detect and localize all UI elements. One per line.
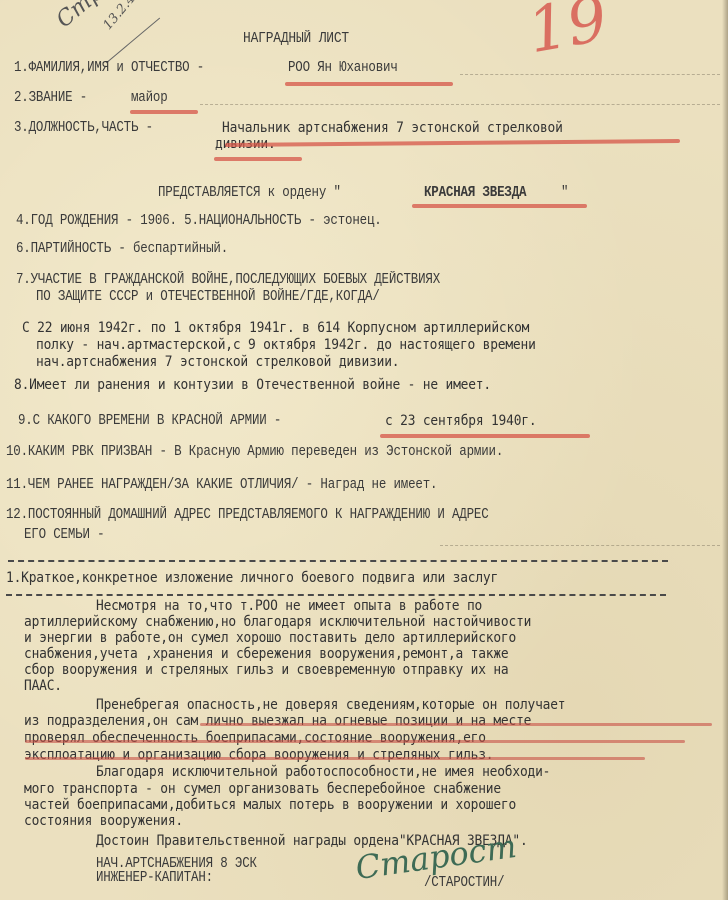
narrative-line: частей боеприпасами,добиться малых потер… [24,797,516,813]
form-dash-line [460,74,720,75]
page-edge [722,0,728,900]
narrative-line: снабжения,учета ,хранения и сбережения в… [24,646,509,662]
narrative-line: из подразделения,он сам лично выезжал на… [24,713,531,729]
field-address-1: 12.ПОСТОЯННЫЙ ДОМАШНИЙ АДРЕС ПРЕДСТАВЛЯЕ… [6,507,489,523]
field-participation-label-2: ПО ЗАЩИТЕ СССР и ОТЕЧЕСТВЕННОЙ ВОЙНЕ/ГДЕ… [36,289,380,305]
field-participation-value-2: полку - нач.артмастерской,с 9 октября 19… [36,337,536,353]
narrative-line: проверял обеспеченность боеприпасами,сос… [24,730,486,746]
field-army-since-label: 9.С КАКОГО ВРЕМЕНИ В КРАСНОЙ АРМИИ - [18,413,281,429]
form-dash-line [440,545,720,546]
red-underline [25,757,645,760]
field-position-label: 3.ДОЛЖНОСТЬ,ЧАСТЬ - [14,120,153,136]
narrative-line: артиллерийскому снабжению,но благодаря и… [24,614,531,630]
field-wounds: 8.Имеет ли ранения и контузии в Отечеств… [14,377,491,393]
award-quote: " [561,185,568,201]
signatory-rank: ИНЖЕНЕР-КАПИТАН: [96,870,213,886]
field-participation-value-3: нач.артснабжения 7 эстонской стрелковой … [36,354,399,370]
field-army-since-value: с 23 сентября 1940г. [385,413,536,429]
narrative-line: и энергии в работе,он сумел хорошо поста… [24,630,516,646]
narrative-heading: 1.Краткое,конкретное изложение личного б… [6,570,498,586]
field-position-value-1: Начальник артснабжения 7 эстонской стрел… [222,120,563,136]
red-underline [285,82,453,86]
field-participation-value-1: С 22 июня 1942г. по 1 октября 1941г. в 6… [22,320,529,336]
red-underline [25,740,685,743]
narrative-line: эксплоатацию и организацию сбора вооруже… [24,747,493,763]
narrative-line: Несмотря на то,что т.РОО не имеет опыта … [96,598,482,614]
field-previous-awards: 11.ЧЕМ РАНЕЕ НАГРАЖДЕН/ЗА КАКИЕ ОТЛИЧИЯ/… [6,477,437,493]
narrative-line: состояния вооружения. [24,813,183,829]
award-label: ПРЕДСТАВЛЯЕТСЯ к ордену " [158,185,341,201]
field-party: 6.ПАРТИЙНОСТЬ - беспартийный. [16,241,228,257]
form-dash-line [200,104,720,105]
red-underline [214,157,302,161]
narrative-line: сбор вооружения и стреляных гильз и свое… [24,662,509,678]
narrative-line: мого транспорта - он сумел организовать … [24,781,501,797]
section-divider [8,560,668,562]
red-underline [130,110,198,114]
narrative-line: ПААС. [24,678,62,694]
section-divider [6,594,666,596]
narrative-line: Пренебрегая опасность,не доверяя сведени… [96,697,565,713]
document-title: НАГРАДНЫЙ ЛИСТ [243,30,349,47]
field-participation-label-1: 7.УЧАСТИЕ В ГРАЖДАНСКОЙ ВОЙНЕ,ПОСЛЕДУЮЩИ… [16,272,440,288]
narrative-line: Благодаря исключительной работоспособнос… [96,764,550,780]
red-underline [412,204,587,208]
field-birth-nationality: 4.ГОД РОЖДЕНИЯ - 1906. 5.НАЦИОНАЛЬНОСТЬ … [16,213,382,229]
red-underline [200,723,712,726]
award-value: КРАСНАЯ ЗВЕЗДА [424,185,526,201]
field-name-value: РОО Ян Юханович [288,60,398,76]
field-address-2: ЕГО СЕМЬИ - [24,527,104,543]
red-underline [380,434,590,438]
field-name-label: 1.ФАМИЛИЯ,ИМЯ и ОТЧЕСТВО - [14,60,204,76]
signatory-name: /СТАРОСТИН/ [424,875,504,891]
field-recruited: 10.КАКИМ РВК ПРИЗВАН - В Красную Армию п… [6,444,503,460]
field-rank-value: майор [131,90,168,106]
field-rank-label: 2.ЗВАНИЕ - [14,90,87,106]
